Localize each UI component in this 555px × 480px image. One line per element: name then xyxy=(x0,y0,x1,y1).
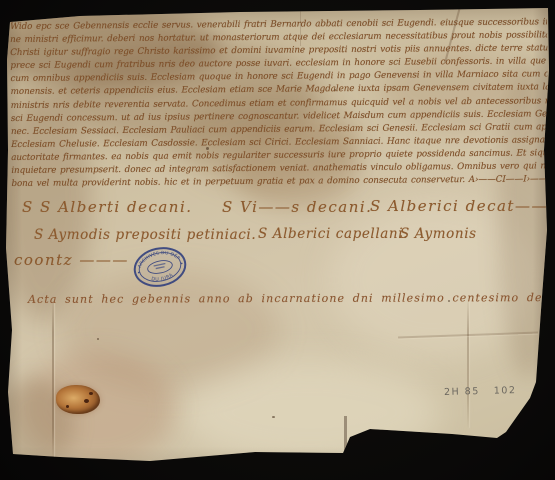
subscription-signature: coontz ——— xyxy=(14,251,129,269)
crease xyxy=(398,332,538,339)
crease xyxy=(344,416,347,456)
subscription-signature: S Vi——s decani. xyxy=(222,198,372,216)
shelfmark: 2H 85 102 xyxy=(444,385,517,398)
stain-light xyxy=(330,200,540,360)
photo-background: Wido epc sce Gebennensis ecclie servus. … xyxy=(0,0,555,480)
shelfmark-series: 2H 85 xyxy=(444,386,480,398)
dating-clause: Acta sunt hec gebennis anno ab incarnati… xyxy=(28,291,548,306)
subscription-signature: S S Alberti decani. xyxy=(22,198,193,216)
archive-stamp: ARCHIVES DU DÉP DU JURA xyxy=(129,242,190,292)
seal-residue-spot xyxy=(84,399,89,403)
subscription-signature: S Aymonis xyxy=(400,226,477,242)
seal-residue xyxy=(56,385,100,414)
seal-residue-spot xyxy=(89,392,93,395)
stain-light xyxy=(180,360,440,465)
crease xyxy=(467,298,469,428)
shelfmark-number: 102 xyxy=(494,385,517,397)
subscription-signature: S Alberici capellani. xyxy=(258,226,408,242)
seal-stain-halo xyxy=(20,352,175,464)
ink-speck xyxy=(97,338,99,340)
charter-text-block: Wido epc sce Gebennensis ecclie servus. … xyxy=(10,16,548,191)
stain xyxy=(60,270,280,390)
crease xyxy=(52,300,54,460)
subscription-signature: S Aymodis prepositi petiniaci. xyxy=(34,227,256,243)
seal-residue-spot xyxy=(66,405,69,408)
ink-speck xyxy=(272,416,275,418)
subscription-signature: S Alberici decat——ss. xyxy=(370,197,555,215)
parchment: Wido epc sce Gebennensis ecclie servus. … xyxy=(0,0,555,480)
